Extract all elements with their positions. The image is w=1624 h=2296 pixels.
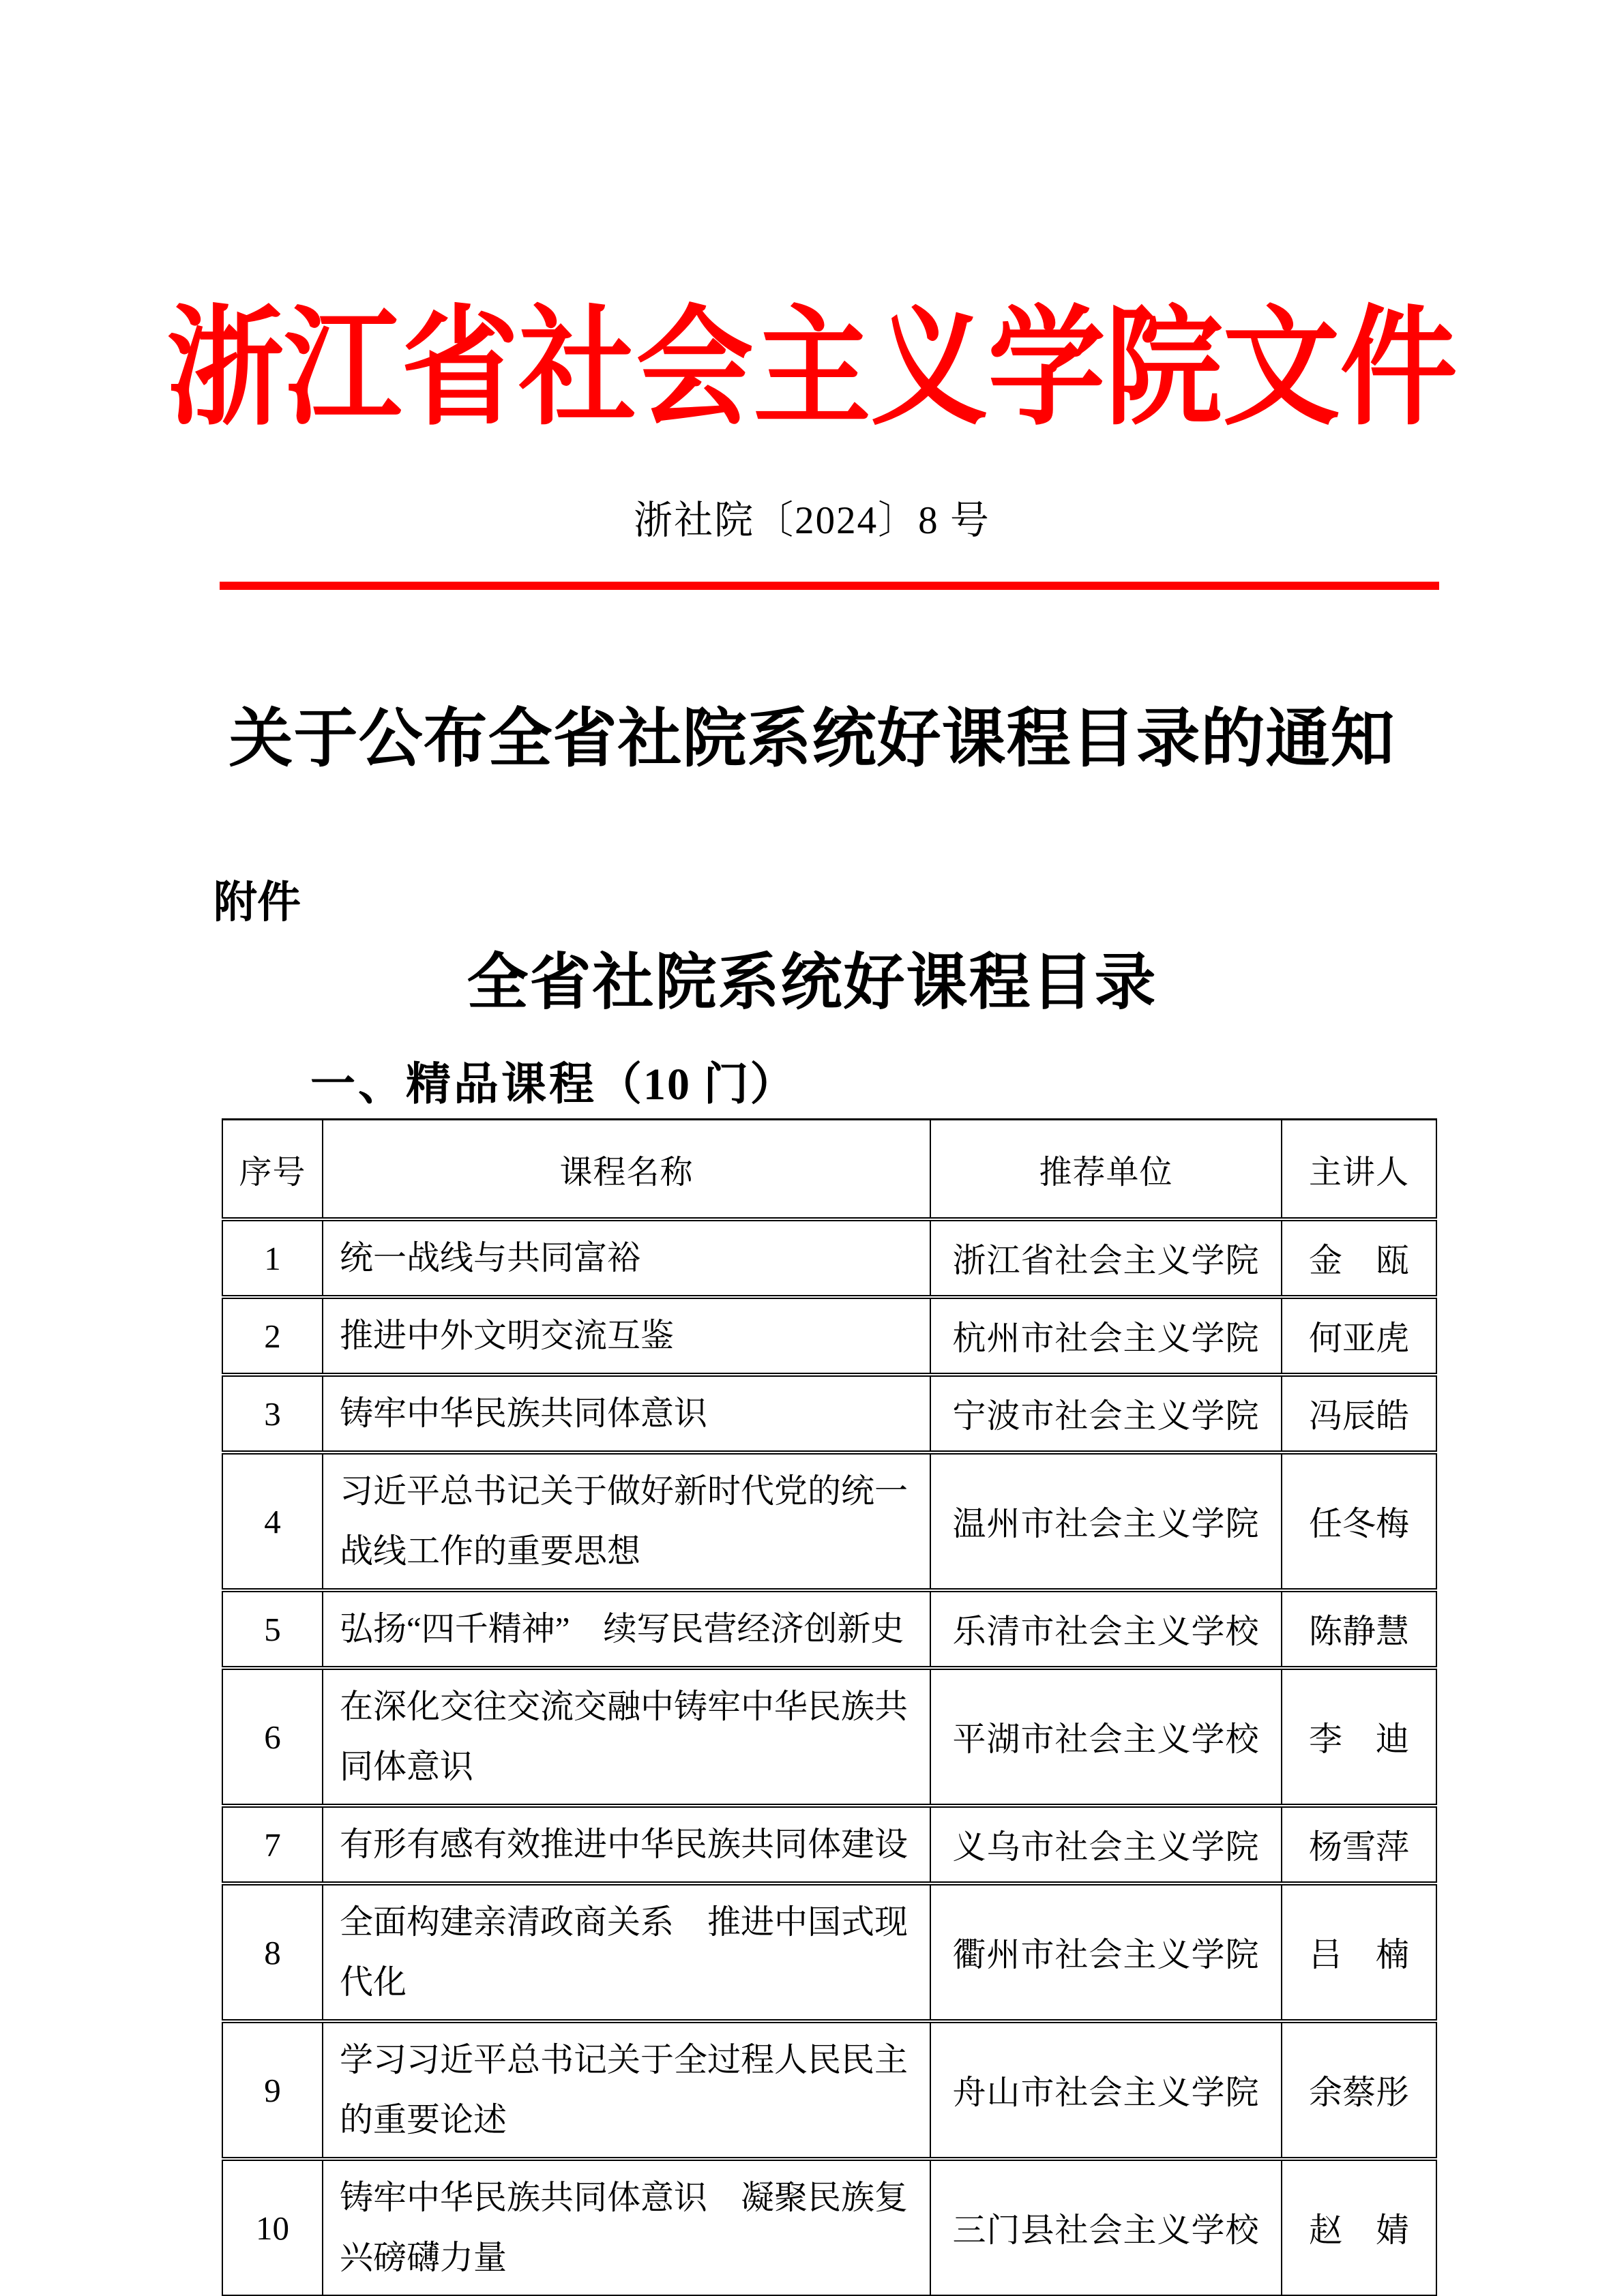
row-lecturer: 杨雪萍 xyxy=(1282,1806,1436,1883)
row-course: 弘扬“四千精神” 续写民营经济创新史 xyxy=(323,1590,930,1668)
row-lecturer: 李 迪 xyxy=(1282,1668,1436,1806)
table-row: 1 统一战线与共同富裕 浙江省社会主义学院 金 瓯 xyxy=(222,1219,1436,1297)
row-no: 6 xyxy=(222,1668,323,1806)
catalog-title: 全省社院系统好课程目录 xyxy=(0,945,1624,1022)
row-lecturer: 何亚虎 xyxy=(1282,1297,1436,1375)
col-header-no: 序号 xyxy=(222,1120,323,1220)
section-heading-count: （10 门） xyxy=(597,1060,797,1109)
row-lecturer: 冯辰皓 xyxy=(1282,1375,1436,1452)
row-course: 全面构建亲清政商关系 推进中国式现 代化 xyxy=(323,1883,930,2021)
row-no: 5 xyxy=(222,1590,323,1668)
notice-title: 关于公布全省社院系统好课程目录的通知 xyxy=(0,700,1624,779)
row-course: 铸牢中华民族共同体意识 凝聚民族复 兴磅礴力量 xyxy=(323,2159,930,2296)
row-unit: 温州市社会主义学院 xyxy=(930,1452,1282,1590)
row-lecturer: 余蔡彤 xyxy=(1282,2021,1436,2159)
table-row: 10 铸牢中华民族共同体意识 凝聚民族复 兴磅礴力量 三门县社会主义学校 赵 婧 xyxy=(222,2159,1436,2296)
col-header-unit: 推荐单位 xyxy=(930,1120,1282,1220)
row-course: 铸牢中华民族共同体意识 xyxy=(323,1375,930,1452)
row-unit: 三门县社会主义学校 xyxy=(930,2159,1282,2296)
row-no: 8 xyxy=(222,1883,323,2021)
row-course: 推进中外文明交流互鉴 xyxy=(323,1297,930,1375)
col-header-course: 课程名称 xyxy=(323,1120,930,1220)
row-course: 有形有感有效推进中华民族共同体建设 xyxy=(323,1806,930,1883)
row-unit: 衢州市社会主义学院 xyxy=(930,1883,1282,2021)
doc-header-title: 浙江省社会主义学院文件 xyxy=(0,295,1624,445)
table-row: 9 学习习近平总书记关于全过程人民民主 的重要论述 舟山市社会主义学院 余蔡彤 xyxy=(222,2021,1436,2159)
table-row: 6 在深化交往交流交融中铸牢中华民族共 同体意识 平湖市社会主义学校 李 迪 xyxy=(222,1668,1436,1806)
row-lecturer: 陈静慧 xyxy=(1282,1590,1436,1668)
row-unit: 舟山市社会主义学院 xyxy=(930,2021,1282,2159)
row-course: 统一战线与共同富裕 xyxy=(323,1219,930,1297)
table-row: 7 有形有感有效推进中华民族共同体建设 义乌市社会主义学院 杨雪萍 xyxy=(222,1806,1436,1883)
table-header-row: 序号 课程名称 推荐单位 主讲人 xyxy=(222,1120,1436,1220)
table-row: 4 习近平总书记关于做好新时代党的统一 战线工作的重要思想 温州市社会主义学院 … xyxy=(222,1452,1436,1590)
row-lecturer: 吕 楠 xyxy=(1282,1883,1436,2021)
row-lecturer: 任冬梅 xyxy=(1282,1452,1436,1590)
table-row: 3 铸牢中华民族共同体意识 宁波市社会主义学院 冯辰皓 xyxy=(222,1375,1436,1452)
row-course: 学习习近平总书记关于全过程人民民主 的重要论述 xyxy=(323,2021,930,2159)
row-unit: 乐清市社会主义学校 xyxy=(930,1590,1282,1668)
row-unit: 义乌市社会主义学院 xyxy=(930,1806,1282,1883)
row-no: 7 xyxy=(222,1806,323,1883)
row-unit: 平湖市社会主义学校 xyxy=(930,1668,1282,1806)
table-row: 5 弘扬“四千精神” 续写民营经济创新史 乐清市社会主义学校 陈静慧 xyxy=(222,1590,1436,1668)
row-unit: 浙江省社会主义学院 xyxy=(930,1219,1282,1297)
document-page: 浙江省社会主义学院文件 浙社院〔2024〕8 号 关于公布全省社院系统好课程目录… xyxy=(0,0,1624,2296)
row-course: 在深化交往交流交融中铸牢中华民族共 同体意识 xyxy=(323,1668,930,1806)
row-lecturer: 金 瓯 xyxy=(1282,1219,1436,1297)
section-heading-text: 一、精品课程 xyxy=(310,1058,597,1109)
row-no: 1 xyxy=(222,1219,323,1297)
row-no: 2 xyxy=(222,1297,323,1375)
row-lecturer: 赵 婧 xyxy=(1282,2159,1436,2296)
table-row: 2 推进中外文明交流互鉴 杭州市社会主义学院 何亚虎 xyxy=(222,1297,1436,1375)
table-row: 8 全面构建亲清政商关系 推进中国式现 代化 衢州市社会主义学院 吕 楠 xyxy=(222,1883,1436,2021)
row-no: 3 xyxy=(222,1375,323,1452)
col-header-lecturer: 主讲人 xyxy=(1282,1120,1436,1220)
row-unit: 杭州市社会主义学院 xyxy=(930,1297,1282,1375)
doc-number: 浙社院〔2024〕8 号 xyxy=(0,496,1624,546)
row-course: 习近平总书记关于做好新时代党的统一 战线工作的重要思想 xyxy=(323,1452,930,1590)
attachment-label: 附件 xyxy=(213,875,301,929)
row-unit: 宁波市社会主义学院 xyxy=(930,1375,1282,1452)
row-no: 9 xyxy=(222,2021,323,2159)
row-no: 4 xyxy=(222,1452,323,1590)
red-divider-line xyxy=(220,582,1439,590)
row-no: 10 xyxy=(222,2159,323,2296)
course-table: 序号 课程名称 推荐单位 主讲人 1 统一战线与共同富裕 浙江省社会主义学院 金… xyxy=(222,1118,1437,2296)
section-heading: 一、精品课程（10 门） xyxy=(310,1056,797,1113)
